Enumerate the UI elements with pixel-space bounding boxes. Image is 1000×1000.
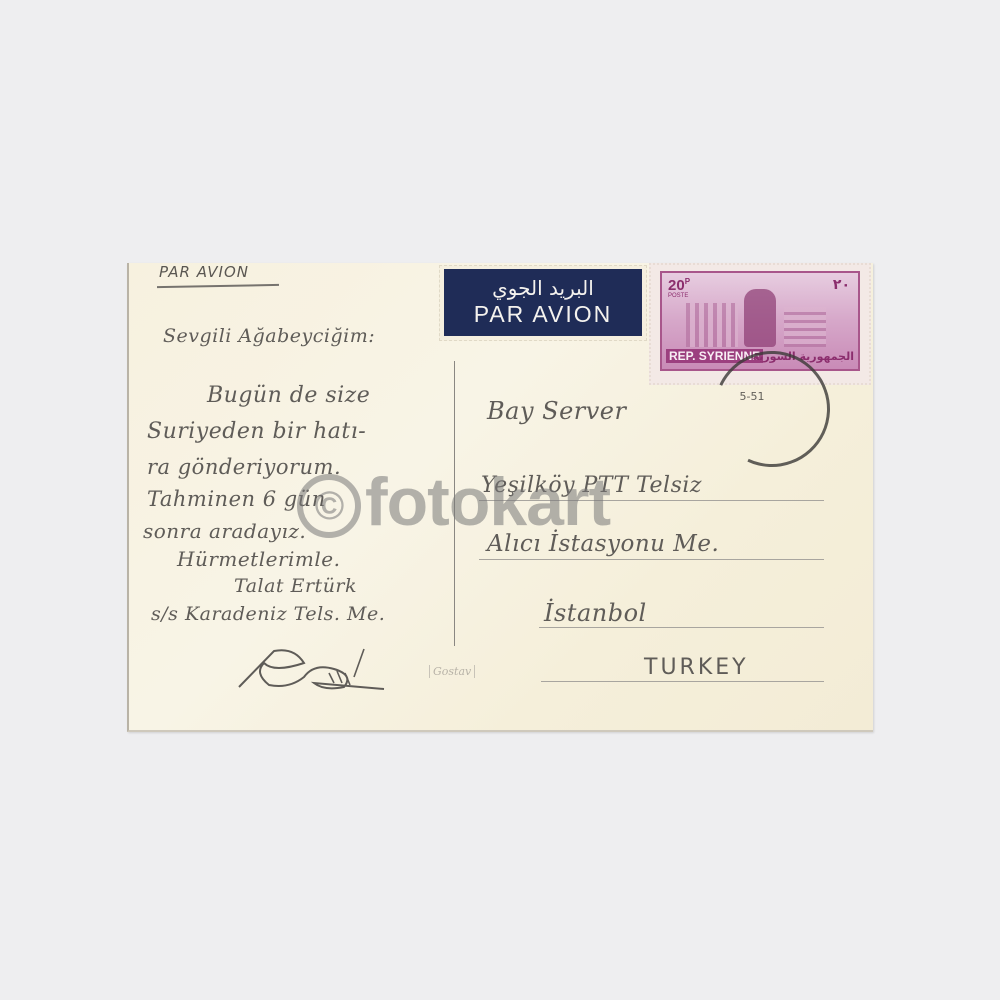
watermark: ©fotokart [297,463,610,541]
address-rule [541,681,824,682]
message-line: s/s Karadeniz Tels. Me. [151,603,385,625]
stamp-poste: POSTE [668,293,688,299]
signature: Ertürk [234,643,394,693]
airmail-label: البريد الجوي PAR AVION [439,265,647,341]
address-line: İstanbol [544,599,647,627]
stamp-worker-figure-icon [744,289,776,347]
address-line: TURKEY [644,655,749,680]
underline [157,284,279,288]
message-line: sonra aradayız. [143,519,306,543]
address-rule [479,559,824,560]
airmail-label-french: PAR AVION [444,301,642,327]
message-salutation: Sevgili Ağabeyciğim: [163,325,375,347]
postcard: PAR AVION البريد الجوي PAR AVION 20P POS… [127,263,873,732]
postmark-date: 5-51 [740,390,765,403]
stamp-building-icon [686,303,738,347]
message-line: Hürmetlerimle. [177,547,340,571]
message-line: Bugün de size [207,383,370,408]
stamp-value-arabic: ٢٠ [833,277,850,293]
copyright-icon: © [297,474,361,538]
message-line: Suriyeden bir hatı- [147,419,366,444]
address-rule [539,627,824,628]
stamp-value: 20P [668,277,690,294]
handwritten-par-avion: PAR AVION [159,263,249,281]
airmail-label-arabic: البريد الجوي [444,275,642,301]
watermark-text: fotokart [365,464,610,540]
address-line: Bay Server [487,397,626,425]
publisher-mark: Gostav [429,665,475,678]
stamp-building-icon [784,307,826,347]
message-line: Talat Ertürk [234,575,357,597]
